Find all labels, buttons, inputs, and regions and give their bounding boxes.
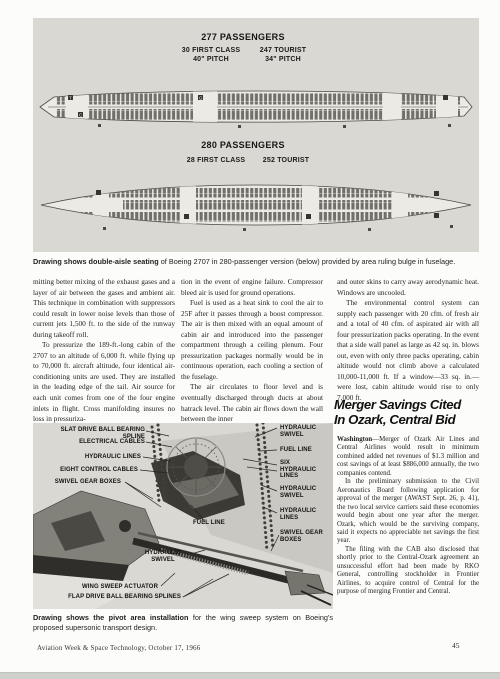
paragraph: Fuel is used as a heat sink to cool the … — [181, 298, 323, 382]
caption-lead: Drawing shows the pivot area installatio… — [33, 613, 188, 622]
tourist-count: 247 TOURIST — [243, 46, 323, 55]
paragraph: The filing with the CAB also disclosed t… — [337, 546, 479, 597]
label-fuel-line-right: FUEL LINE — [280, 447, 328, 454]
headline-line-1: Merger Savings Cited — [334, 398, 484, 413]
first-class-pitch: 40" PITCH — [171, 55, 251, 64]
body-column-2: tion in the event of engine failure. Com… — [181, 277, 323, 425]
label-swivel-gear-boxes-right: SWIVEL GEAR BOXES — [280, 530, 330, 543]
paragraph: tion in the event of engine failure. Com… — [181, 277, 323, 298]
paragraph: mitting better mixing of the exhaust gas… — [33, 277, 175, 340]
first-class-count: 30 FIRST CLASS — [171, 46, 251, 55]
paragraph: The air circulates to floor level and is… — [181, 382, 323, 424]
page-number: 45 — [452, 641, 460, 650]
seating-figure-caption: Drawing shows double-aisle seating of Bo… — [33, 257, 479, 267]
marker-toilet: T — [69, 95, 72, 100]
pivot-figure-caption: Drawing shows the pivot area installatio… — [33, 613, 333, 632]
news-article: Washington—Merger of Ozark Air Lines and… — [337, 436, 479, 597]
exit-ticks — [98, 124, 451, 128]
config-280-tourist: 252 TOURIST — [246, 156, 326, 165]
body-column-3: and outer skins to carry away aerodynami… — [337, 277, 479, 404]
config-277-title: 277 PASSENGERS — [33, 32, 453, 42]
dateline: Washington — [337, 436, 372, 443]
headline-line-2: In Ozark, Central Bid — [334, 413, 484, 428]
config-277-tourist: 247 TOURIST 34" PITCH — [243, 46, 323, 64]
paragraph: To pressurize the 189-ft.-long cabin of … — [33, 340, 175, 424]
fuselage-seating-diagram-277: T G C — [38, 84, 474, 130]
caption-lead: Drawing shows double-aisle seating — [33, 257, 159, 266]
news-headline: Merger Savings Cited In Ozark, Central B… — [334, 398, 484, 427]
label-hydraulic-swivel-center: HYDRAULIC SWIVEL — [137, 550, 189, 563]
tourist-pitch: 34" PITCH — [243, 55, 323, 64]
label-hydraulic-swivel-r2: HYDRAULIC SWIVEL — [280, 486, 326, 499]
label-electrical-cables: ELECTRICAL CABLES — [37, 439, 145, 446]
paragraph: and outer skins to carry away aerodynami… — [337, 277, 479, 298]
paragraph: In the preliminary submission to the Civ… — [337, 478, 479, 546]
label-hydraulic-swivel-r1: HYDRAULIC SWIVEL — [280, 425, 328, 438]
seating-figure-photo: 277 PASSENGERS 30 FIRST CLASS 40" PITCH … — [33, 18, 479, 252]
config-277-first-class: 30 FIRST CLASS 40" PITCH — [171, 46, 251, 64]
label-hydraulic-lines-right: HYDRAULIC LINES — [280, 508, 326, 521]
exit-ticks-280 — [103, 225, 453, 231]
config-280-first-class: 28 FIRST CLASS — [176, 156, 256, 165]
label-flap-drive-splines: FLAP DRIVE BALL BEARING SPLINES — [41, 594, 181, 601]
label-wing-sweep-actuator: WING SWEEP ACTUATOR — [63, 584, 158, 591]
marker-coat: C — [79, 112, 82, 117]
journal-footer: Aviation Week & Space Technology, Octobe… — [37, 644, 200, 652]
label-eight-control-cables: EIGHT CONTROL CABLES — [37, 467, 138, 474]
label-hydraulic-lines-left: HYDRAULIC LINES — [37, 454, 141, 461]
body-column-1: mitting better mixing of the exhaust gas… — [33, 277, 175, 425]
magazine-page: 277 PASSENGERS 30 FIRST CLASS 40" PITCH … — [0, 0, 500, 679]
fuselage-seating-diagram-280 — [38, 176, 474, 234]
pivot-figure-photo: SLAT DRIVE BALL BEARING SPLINE ELECTRICA… — [33, 423, 333, 609]
paragraph: The environmental control system can sup… — [337, 298, 479, 403]
label-six-hydraulic-lines: SIX HYDRAULIC LINES — [280, 460, 324, 480]
marker-galley: G — [199, 95, 203, 100]
caption-rest: of Boeing 2707 in 280-passenger version … — [159, 257, 456, 266]
label-swivel-gear-boxes-left: SWIVEL GEAR BOXES — [37, 479, 121, 486]
label-fuel-line-center: FUEL LINE — [193, 520, 233, 527]
config-280-title: 280 PASSENGERS — [33, 140, 453, 150]
paragraph: Washington—Merger of Ozark Air Lines and… — [337, 436, 479, 478]
scan-edge-band — [0, 672, 500, 679]
